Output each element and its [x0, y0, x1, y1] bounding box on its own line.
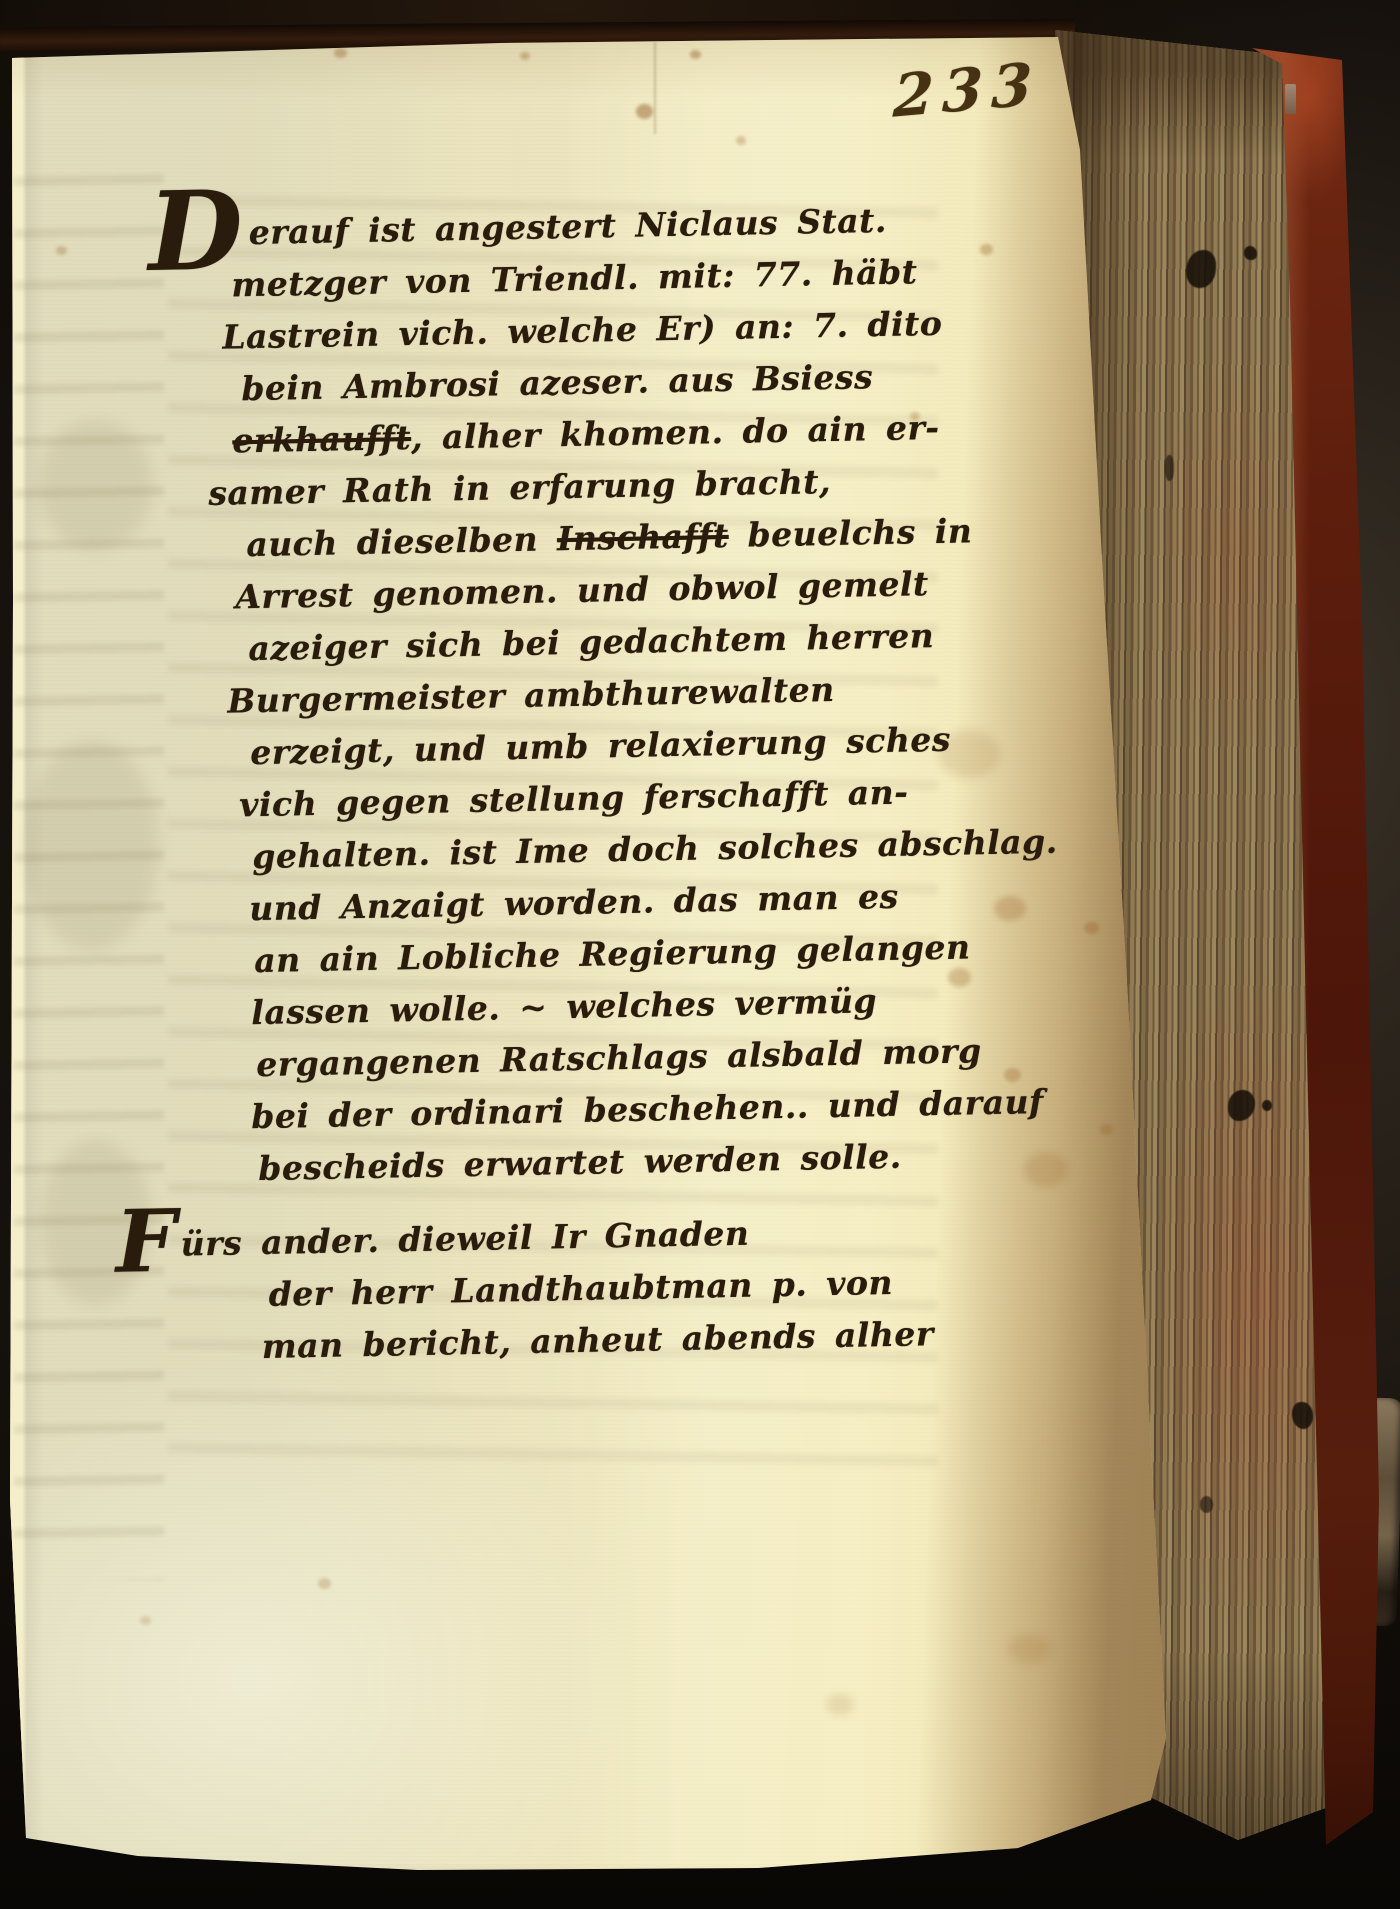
book-photograph: 233 Derauf ist angestert Niclaus Stat.me…: [0, 0, 1400, 1909]
paper-crease: [654, 42, 656, 134]
ink-blotch: [1165, 455, 1174, 481]
clasp-fitting: [1285, 84, 1296, 114]
foxing-spot: [334, 48, 347, 58]
foxing-spot: [690, 50, 701, 59]
bleedthrough-ghost-blob: [38, 420, 153, 550]
foxing-spot: [140, 1616, 151, 1625]
manuscript-text-block: Derauf ist angestert Niclaus Stat.metzge…: [148, 197, 1120, 1381]
foxing-spot: [1008, 1634, 1050, 1664]
ink-blotch: [1200, 1496, 1213, 1513]
ink-blotch: [1186, 250, 1216, 288]
foxing-spot: [636, 104, 653, 119]
bleedthrough-ghost-blob: [24, 740, 159, 950]
foxing-spot: [520, 52, 530, 60]
foxing-spot: [318, 1578, 331, 1589]
foxing-spot: [736, 136, 746, 145]
page-number: 233: [892, 49, 1042, 130]
foxing-spot: [56, 246, 67, 255]
bleedthrough-ghost-left-margin: [14, 150, 164, 1580]
ink-blotch: [1292, 1402, 1313, 1429]
foxing-spot: [826, 1694, 854, 1715]
ink-blotch: [1244, 246, 1257, 260]
ink-blotch: [1228, 1090, 1255, 1121]
ink-blotch: [1262, 1100, 1272, 1111]
